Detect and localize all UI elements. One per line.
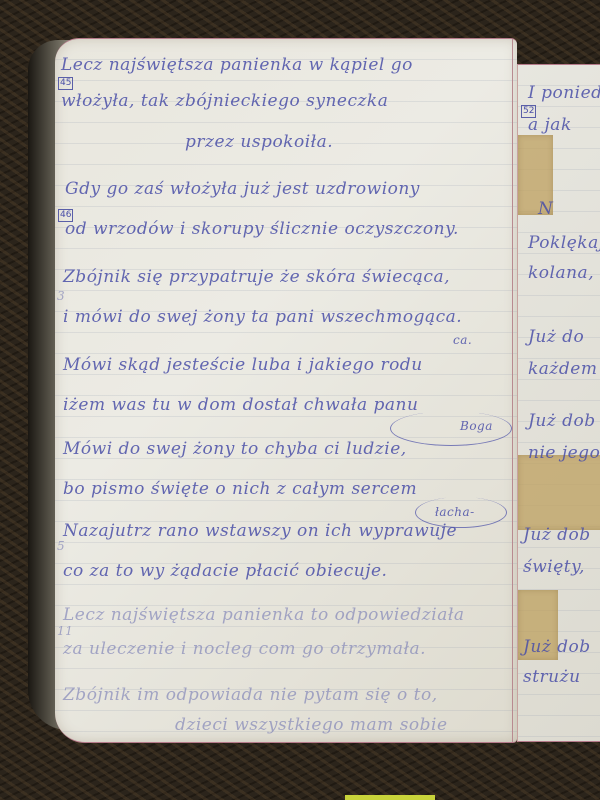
handwritten-line: a jak: [528, 115, 572, 135]
handwritten-line: bo pismo święte o nich z całym sercem: [63, 479, 417, 499]
handwritten-line: Już dob: [528, 411, 596, 431]
handwritten-line: Już do: [528, 327, 584, 347]
handwritten-line: i mówi do swej żony ta pani wszechmogąca…: [63, 307, 462, 327]
margin-annotation: ca.: [453, 333, 472, 347]
handwritten-line: N: [538, 199, 553, 219]
handwritten-line: włożyła, tak zbójnieckiego syneczka: [61, 91, 388, 111]
handwritten-line: Lecz najświętsza panienka w kąpiel go: [61, 55, 413, 75]
handwritten-line: Już dob: [523, 525, 591, 545]
correction-loop: [390, 411, 512, 446]
handwritten-line: Mówi do swej żony to chyba ci ludzie,: [63, 439, 407, 459]
verse-number: 5: [57, 539, 65, 553]
handwritten-line: Zbójnik im odpowiada nie pytam się o to,: [63, 685, 438, 705]
handwritten-line: iżem was tu w dom dostał chwała panu: [63, 395, 418, 415]
page-margin-line: [512, 39, 513, 742]
notebook-right-page: 52 I ponied a jak N Poklękaj kolana, Już…: [517, 64, 600, 742]
handwritten-line: Już dob: [523, 637, 591, 657]
handwritten-line: kolana,: [528, 263, 594, 283]
handwritten-line: za uleczenie i nocleg com go otrzymała.: [63, 639, 426, 659]
handwritten-line: każdem: [528, 359, 597, 379]
verse-number: 11: [57, 624, 73, 638]
handwritten-line: dzieci wszystkiego mam sobie: [175, 715, 448, 735]
handwritten-line: Poklękaj: [528, 233, 600, 253]
handwritten-line: przez uspokoiła.: [185, 132, 333, 152]
handwritten-line: nie jego,: [528, 443, 600, 463]
handwritten-line: strużu: [523, 667, 581, 687]
verse-number: 45: [58, 77, 73, 90]
handwritten-line: Gdy go zaś włożyła już jest uzdrowiony: [65, 179, 420, 199]
handwritten-line: Zbójnik się przypatruje że skóra świecąc…: [63, 267, 450, 287]
handwritten-line: I ponied: [528, 83, 600, 103]
notebook-left-page: 45 Lecz najświętsza panienka w kąpiel go…: [55, 38, 517, 743]
sticky-note-edge: [345, 795, 435, 800]
tape-patch: [518, 455, 600, 530]
handwritten-line: co za to wy żądacie płacić obiecuje.: [63, 561, 387, 581]
handwritten-line: od wrzodów i skorupy ślicznie oczyszczon…: [65, 219, 459, 239]
verse-number: 3: [57, 289, 65, 303]
handwritten-line: Mówi skąd jesteście luba i jakiego rodu: [63, 355, 423, 375]
handwritten-line: Lecz najświętsza panienka to odpowiedzia…: [63, 605, 464, 625]
handwritten-line: święty,: [523, 557, 585, 577]
handwritten-line: Nazajutrz rano wstawszy on ich wyprawuje: [63, 521, 457, 541]
